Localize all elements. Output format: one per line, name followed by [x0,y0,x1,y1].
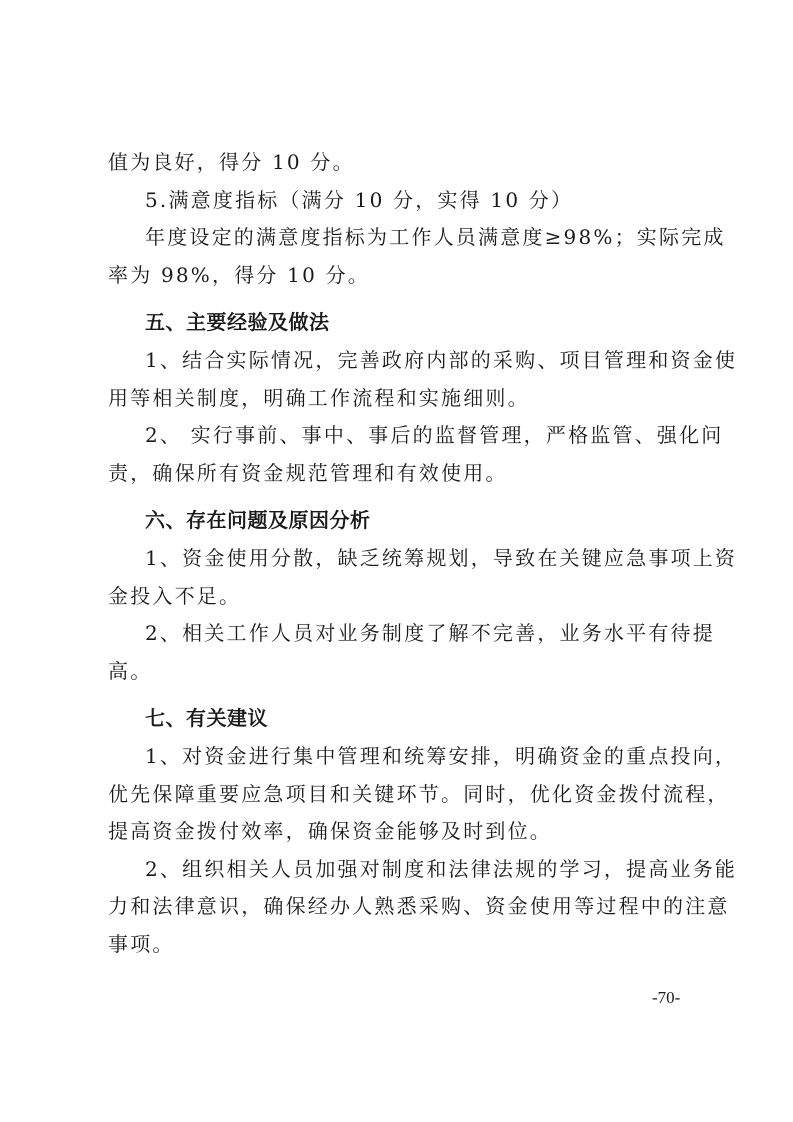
section-heading-experience: 五、主要经验及做法 [108,304,692,342]
text-line: 责，确保所有资金规范管理和有效使用。 [108,455,692,493]
text-line: 1、结合实际情况，完善政府内部的采购、项目管理和资金使 [108,342,692,380]
text-line: 用等相关制度，明确工作流程和实施细则。 [108,380,692,418]
text-line: 值为良好，得分 10 分。 [108,144,692,182]
text-line: 事项。 [108,926,692,964]
text-line: 高。 [108,653,692,691]
text-line: 率为 98%，得分 10 分。 [108,257,692,295]
text-line: 年度设定的满意度指标为工作人员满意度≥98%；实际完成 [108,219,692,257]
text-line: 优先保障重要应急项目和关键环节。同时，优化资金拨付流程， [108,776,692,814]
text-line: 2、 实行事前、事中、事后的监督管理，严格监管、强化问 [108,417,692,455]
section-heading-problems: 六、存在问题及原因分析 [108,502,692,540]
text-line: 1、资金使用分散，缺乏统筹规划，导致在关键应急事项上资 [108,540,692,578]
text-line: 2、相关工作人员对业务制度了解不完善，业务水平有待提 [108,615,692,653]
text-line: 1、对资金进行集中管理和统筹安排，明确资金的重点投向， [108,738,692,776]
section-heading-suggestions: 七、有关建议 [108,700,692,738]
page-number: -70- [652,988,680,1008]
document-page: 值为良好，得分 10 分。 5.满意度指标（满分 10 分，实得 10 分） 年… [108,144,692,963]
text-line: 2、组织相关人员加强对制度和法律法规的学习，提高业务能 [108,851,692,889]
text-line: 力和法律意识，确保经办人熟悉采购、资金使用等过程中的注意 [108,888,692,926]
text-line: 金投入不足。 [108,578,692,616]
text-line: 提高资金拨付效率，确保资金能够及时到位。 [108,813,692,851]
indicator-title: 5.满意度指标（满分 10 分，实得 10 分） [108,182,692,220]
